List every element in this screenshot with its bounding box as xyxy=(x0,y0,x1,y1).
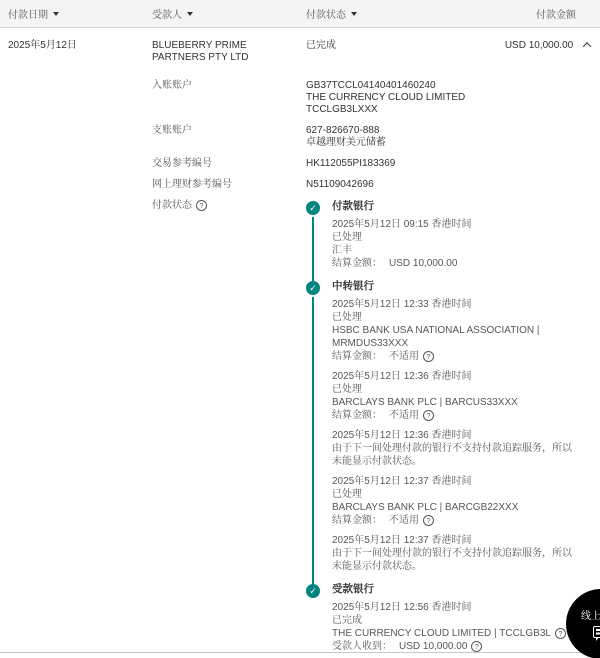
sort-down-icon xyxy=(53,12,59,16)
check-icon: ✓ xyxy=(306,201,320,215)
entry-status: 已完成 xyxy=(332,614,576,627)
check-icon: ✓ xyxy=(306,584,320,598)
entry-bank-line: THE CURRENCY CLOUD LIMITED | TCCLGB3L ? xyxy=(332,627,576,640)
timeline-entry: 2025年5月12日 09:15 香港时间 已处理 汇丰 结算金额： USD 1… xyxy=(332,218,576,270)
timeline-stage-paying-bank: ✓ 付款银行 2025年5月12日 09:15 香港时间 已处理 汇丰 结算金额… xyxy=(306,200,576,270)
help-icon[interactable]: ? xyxy=(555,628,566,639)
credit-account-name: THE CURRENCY CLOUD LIMITED xyxy=(306,92,574,104)
header-payment-date-label: 付款日期 xyxy=(8,6,48,21)
settlement-value: 不适用 xyxy=(389,514,419,527)
transaction-ref-label: 交易参考编号 xyxy=(152,158,306,170)
payment-status-field-label: 付款状态 xyxy=(152,200,192,212)
entry-message: 由于下一间处理付款的银行不支持付款追踪服务，所以未能显示付款状态。 xyxy=(332,442,576,468)
entry-time: 2025年5月12日 12:37 香港时间 xyxy=(332,534,576,547)
debit-account-number: 627-826670-888 xyxy=(306,125,574,137)
credit-account-field: 入账账户 GB37TCCL04140401460240 THE CURRENCY… xyxy=(0,80,600,116)
entry-bank: THE CURRENCY CLOUD LIMITED | TCCLGB3L xyxy=(332,627,551,640)
payment-details: 入账账户 GB37TCCL04140401460240 THE CURRENCY… xyxy=(0,80,600,658)
entry-bank: 汇丰 xyxy=(332,244,576,257)
timeline-entry: 2025年5月12日 12:36 香港时间 已处理 BARCLAYS BANK … xyxy=(332,370,576,422)
online-banking-ref-value: N51109042696 xyxy=(306,179,574,191)
credit-account-label: 入账账户 xyxy=(152,80,306,116)
settlement-value: 不适用 xyxy=(389,350,419,363)
payment-status-label-wrap: 付款状态 ? xyxy=(152,200,306,658)
credit-account-bic: TCCLGB3LXXX xyxy=(306,104,574,116)
entry-time: 2025年5月12日 12:37 香港时间 xyxy=(332,475,576,488)
entry-settlement: 结算金额： USD 10,000.00 xyxy=(332,257,576,270)
entry-bank: BARCLAYS BANK PLC | BARCUS33XXX xyxy=(332,396,576,409)
entry-status: 已处理 xyxy=(332,231,576,244)
entry-settlement: 结算金额： 不适用 ? xyxy=(332,350,576,363)
payment-date: 2025年5月12日 xyxy=(0,40,152,64)
timeline-entry: 2025年5月12日 12:56 香港时间 已完成 THE CURRENCY C… xyxy=(332,601,576,653)
credit-account-iban: GB37TCCL04140401460240 xyxy=(306,80,574,92)
help-icon[interactable]: ? xyxy=(423,515,434,526)
entry-time: 2025年5月12日 09:15 香港时间 xyxy=(332,218,576,231)
help-icon[interactable]: ? xyxy=(471,641,482,652)
help-icon[interactable]: ? xyxy=(423,410,434,421)
payment-status: 已完成 xyxy=(306,40,456,64)
payment-detail-page: 付款日期 受款人 付款状态 付款金额 2025年5月12日 BLUEBERRY … xyxy=(0,0,600,658)
help-icon[interactable]: ? xyxy=(196,200,207,211)
debit-account-field: 支账账户 627-826670-888 卓越理财美元储蓄 xyxy=(0,125,600,149)
payee-name: BLUEBERRY PRIME PARTNERS PTY LTD xyxy=(152,40,306,64)
transaction-ref-field: 交易参考编号 HK112055PI183369 xyxy=(0,158,600,170)
debit-account-name: 卓越理财美元储蓄 xyxy=(306,137,574,149)
debit-account-value: 627-826670-888 卓越理财美元储蓄 xyxy=(306,125,574,149)
payment-amount: USD 10,000.00 xyxy=(505,40,573,51)
credit-account-value: GB37TCCL04140401460240 THE CURRENCY CLOU… xyxy=(306,80,574,116)
settlement-value: 不适用 xyxy=(389,409,419,422)
help-icon[interactable]: ? xyxy=(423,351,434,362)
header-payment-amount-label: 付款金额 xyxy=(536,6,576,21)
header-payment-status[interactable]: 付款状态 xyxy=(306,6,456,21)
header-payee-label: 受款人 xyxy=(152,6,182,21)
header-payment-amount: 付款金额 xyxy=(456,6,600,21)
entry-bank: HSBC BANK USA NATIONAL ASSOCIATION | MRM… xyxy=(332,324,576,350)
entry-status: 已处理 xyxy=(332,311,576,324)
settlement-label: 结算金额： xyxy=(332,257,382,270)
settlement-label: 结算金额： xyxy=(332,350,382,363)
sort-down-icon xyxy=(187,12,193,16)
entry-status: 已处理 xyxy=(332,383,576,396)
entry-time: 2025年5月12日 12:36 香港时间 xyxy=(332,370,576,383)
debit-account-label: 支账账户 xyxy=(152,125,306,149)
row-bottom-divider xyxy=(0,652,600,653)
entry-time: 2025年5月12日 12:33 香港时间 xyxy=(332,298,576,311)
online-banking-ref-field: 网上理财参考编号 N51109042696 xyxy=(0,179,600,191)
settlement-value: USD 10,000.00 xyxy=(389,257,457,270)
live-chat-label: 线上对话 xyxy=(581,611,600,623)
timeline-entry: 2025年5月12日 12:36 香港时间 由于下一间处理付款的银行不支持付款追… xyxy=(332,429,576,468)
stage-title: 中转银行 xyxy=(332,280,576,293)
payment-amount-cell: USD 10,000.00 xyxy=(456,40,600,64)
entry-settlement: 结算金额： 不适用 ? xyxy=(332,514,576,527)
header-payee[interactable]: 受款人 xyxy=(152,6,306,21)
entry-status: 已处理 xyxy=(332,488,576,501)
entry-time: 2025年5月12日 12:56 香港时间 xyxy=(332,601,576,614)
stage-title: 付款银行 xyxy=(332,200,576,213)
timeline-entry: 2025年5月12日 12:37 香港时间 由于下一间处理付款的银行不支持付款追… xyxy=(332,534,576,573)
payment-timeline: ✓ 付款银行 2025年5月12日 09:15 香港时间 已处理 汇丰 结算金额… xyxy=(306,200,576,658)
entry-bank: BARCLAYS BANK PLC | BARCGB22XXX xyxy=(332,501,576,514)
entry-settlement: 结算金额： 不适用 ? xyxy=(332,409,576,422)
collapse-row-icon[interactable] xyxy=(583,42,591,50)
timeline-stage-beneficiary-bank: ✓ 受款银行 2025年5月12日 12:56 香港时间 已完成 THE CUR… xyxy=(306,583,576,653)
settlement-label: 结算金额： xyxy=(332,514,382,527)
table-header-row: 付款日期 受款人 付款状态 付款金额 xyxy=(0,0,600,28)
timeline-stage-intermediary-bank: ✓ 中转银行 2025年5月12日 12:33 香港时间 已处理 HSBC BA… xyxy=(306,280,576,573)
sort-down-icon xyxy=(351,12,357,16)
header-payment-status-label: 付款状态 xyxy=(306,6,346,21)
timeline-entry: 2025年5月12日 12:37 香港时间 已处理 BARCLAYS BANK … xyxy=(332,475,576,527)
check-icon: ✓ xyxy=(306,281,320,295)
chat-icon xyxy=(593,626,600,638)
settlement-label: 结算金额： xyxy=(332,409,382,422)
payment-row-summary[interactable]: 2025年5月12日 BLUEBERRY PRIME PARTNERS PTY … xyxy=(0,28,600,64)
header-payment-date[interactable]: 付款日期 xyxy=(0,6,152,21)
stage-title: 受款银行 xyxy=(332,583,576,596)
transaction-ref-value: HK112055PI183369 xyxy=(306,158,574,170)
payment-status-field: 付款状态 ? ✓ 付款银行 2025年5月12日 09:15 香港时间 已处理 … xyxy=(0,200,600,658)
entry-time: 2025年5月12日 12:36 香港时间 xyxy=(332,429,576,442)
online-banking-ref-label: 网上理财参考编号 xyxy=(152,179,306,191)
entry-message: 由于下一间处理付款的银行不支持付款追踪服务，所以未能显示付款状态。 xyxy=(332,547,576,573)
timeline-entry: 2025年5月12日 12:33 香港时间 已处理 HSBC BANK USA … xyxy=(332,298,576,363)
